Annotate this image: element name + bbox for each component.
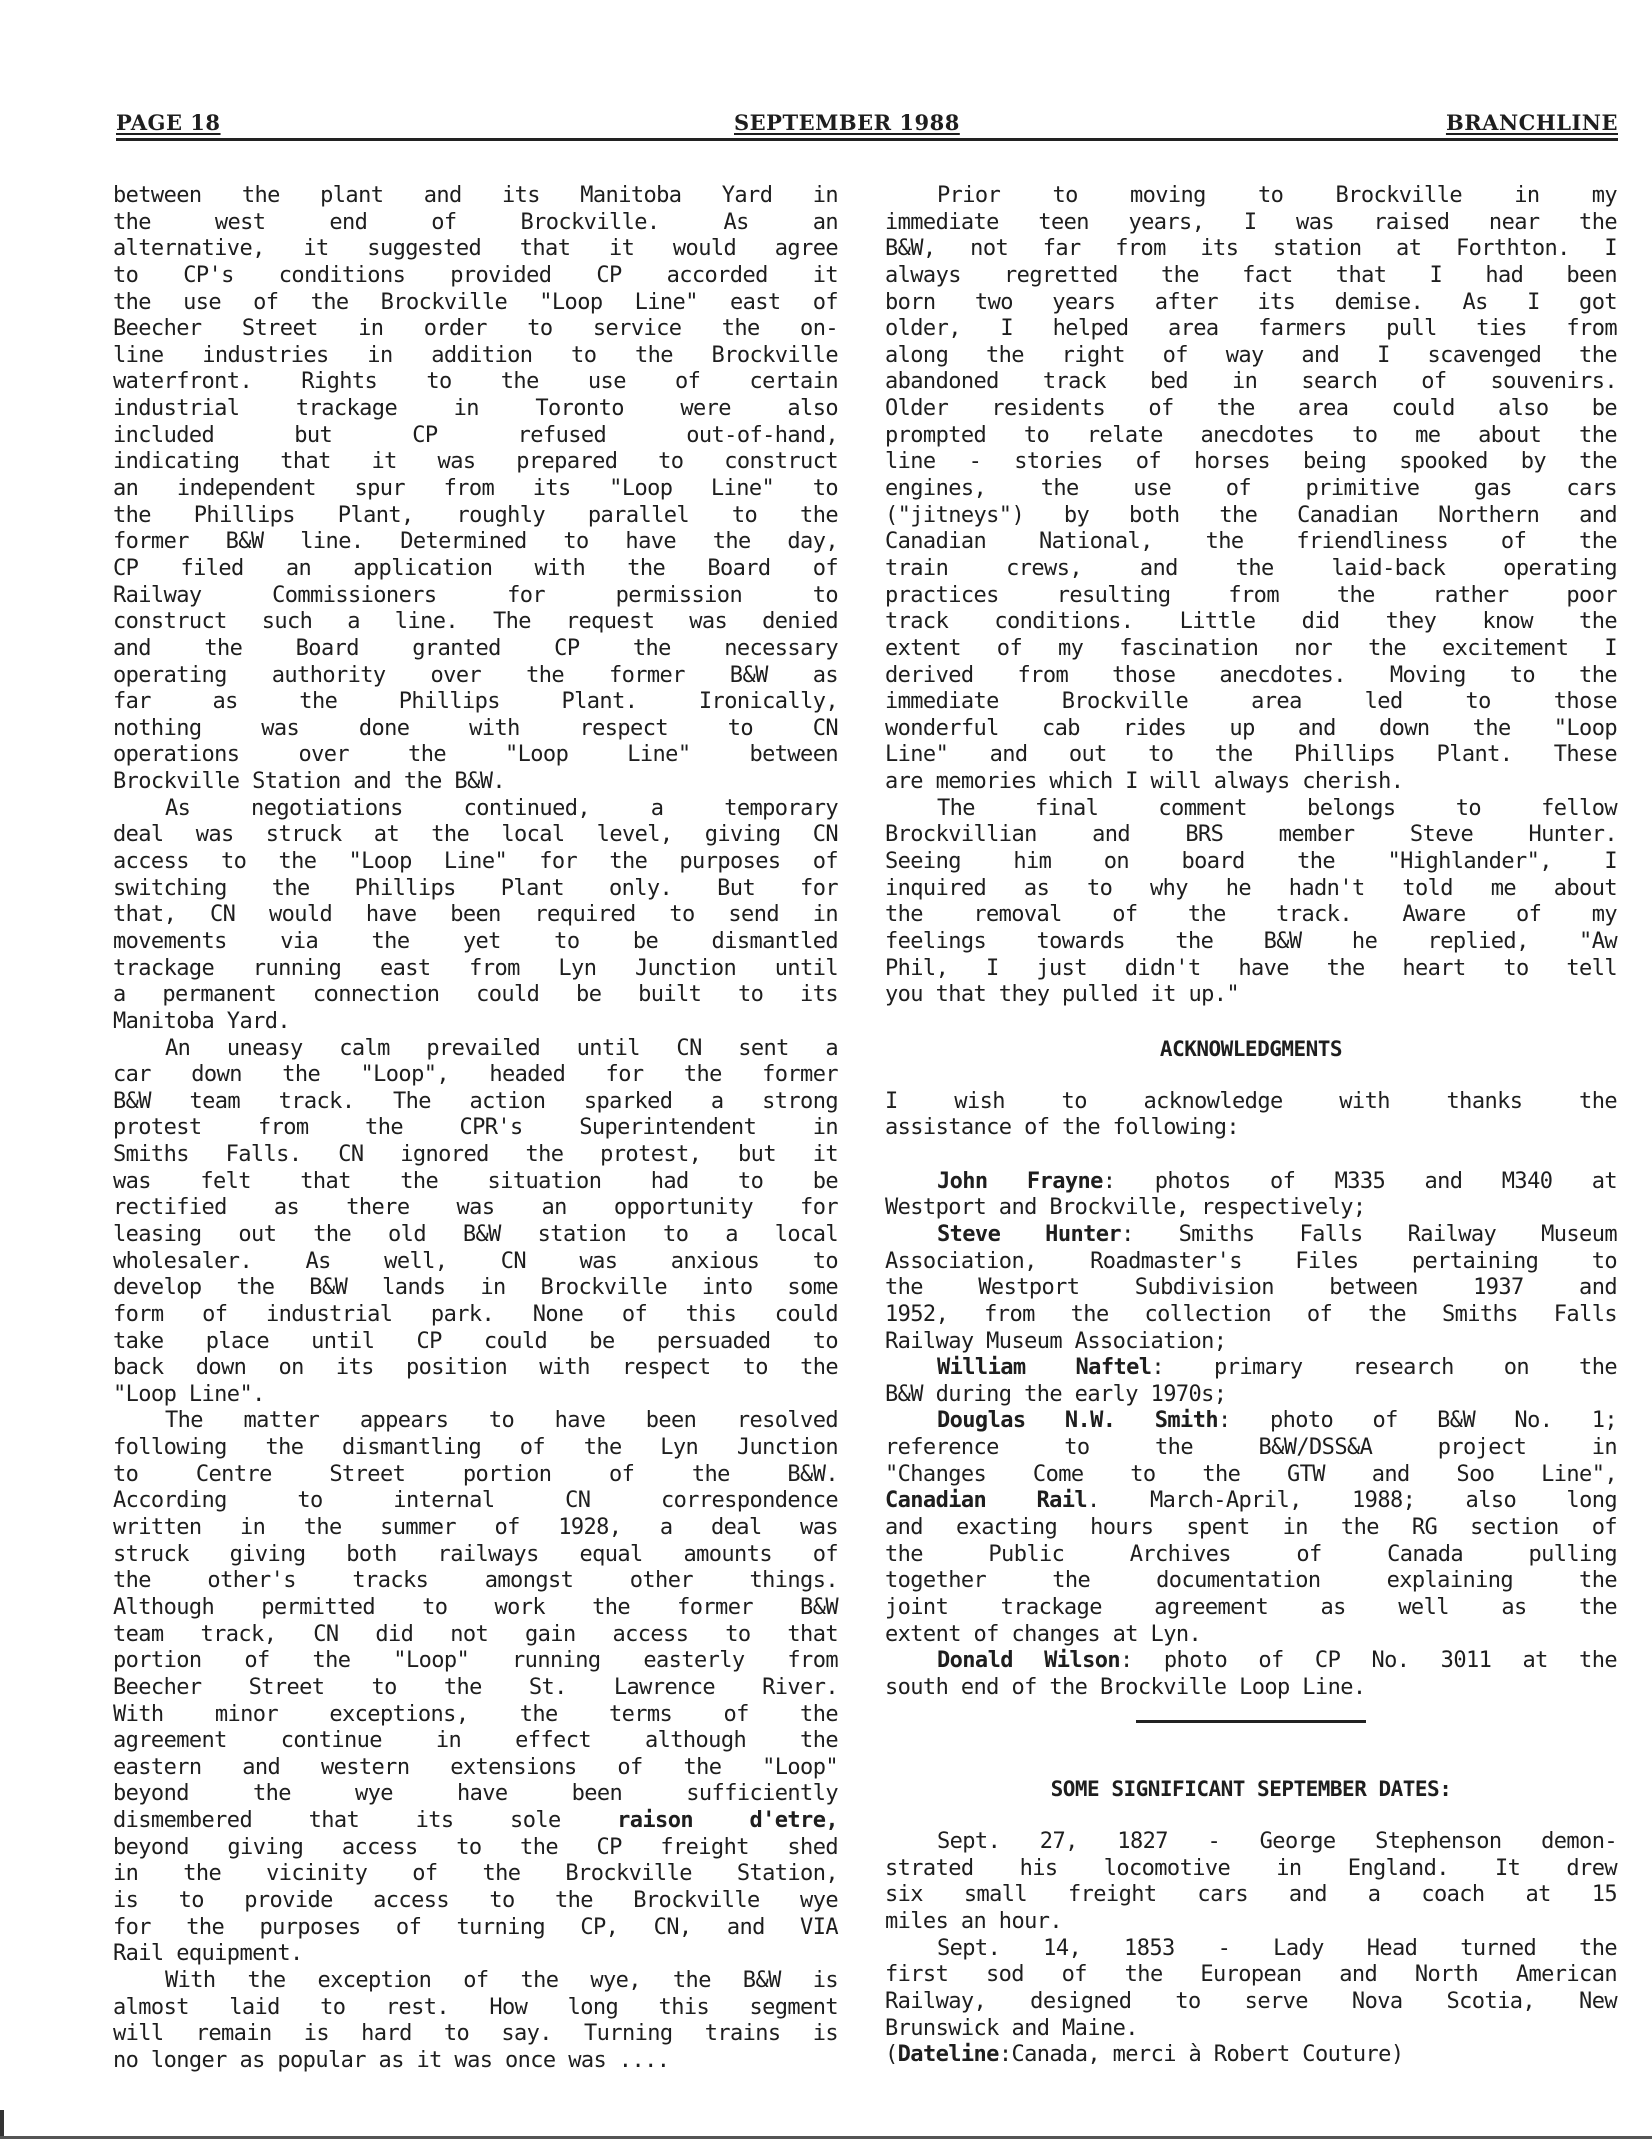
text-line: switching the Phillips Plant only. But f… [113, 876, 838, 903]
text-line: the use of the Brockville "Loop Line" ea… [113, 290, 838, 317]
ack-entry-douglas-smith: Douglas N.W. Smith: photo of B&W No. 1; [885, 1408, 1617, 1435]
text-line: the Public Archives of Canada pulling [885, 1542, 1617, 1569]
text-line: construct such a line. The request was d… [113, 609, 838, 636]
ack-name: Steve Hunter [937, 1222, 1121, 1247]
text-line: With minor exceptions, the terms of the [113, 1702, 838, 1729]
text-line: the west end of Brockville. As an [113, 210, 838, 237]
text-line: According to internal CN correspondence [113, 1488, 838, 1515]
text-line: six small freight cars and a coach at 15 [885, 1882, 1617, 1909]
text-line: alternative, it suggested that it would … [113, 236, 838, 263]
text-line: access to the "Loop Line" for the purpos… [113, 849, 838, 876]
text-line: that, CN would have been required to sen… [113, 902, 838, 929]
ack-name: William Naftel [937, 1355, 1151, 1380]
spacer [885, 1723, 1617, 1750]
text-line: Westport and Brockville, respectively; [885, 1195, 1617, 1222]
text-line: immediate teen years, I was raised near … [885, 210, 1617, 237]
ack-text: : photo of CP No. 3011 at the [1120, 1648, 1617, 1673]
text-line: older, I helped area farmers pull ties f… [885, 316, 1617, 343]
text-line: Railway Commissioners for permission to [113, 583, 838, 610]
ack-text: : primary research on the [1151, 1355, 1617, 1380]
text-line: Seeing him on board the "Highlander", I [885, 849, 1617, 876]
paragraph-start: The final comment belongs to fellow [885, 796, 1617, 823]
text-line: Rail equipment. [113, 1941, 838, 1968]
text-line: strated his locomotive in England. It dr… [885, 1856, 1617, 1883]
text-line: extent of changes at Lyn. [885, 1622, 1617, 1649]
text-line: I wish to acknowledge with thanks the [885, 1089, 1617, 1116]
credit-open-paren: ( [885, 2042, 898, 2067]
text-line: indicating that it was prepared to const… [113, 449, 838, 476]
text-line: engines, the use of primitive gas cars [885, 476, 1617, 503]
ack-name: Donald Wilson [937, 1648, 1120, 1673]
text-line: leasing out the old B&W station to a loc… [113, 1222, 838, 1249]
text-line: form of industrial park. None of this co… [113, 1302, 838, 1329]
paragraph-start: Prior to moving to Brockville in my [885, 183, 1617, 210]
text-line: to Centre Street portion of the B&W. [113, 1462, 838, 1489]
text-line: team track, CN did not gain access to th… [113, 1622, 838, 1649]
text-line: Brockville Station and the B&W. [113, 769, 838, 796]
text-line: is to provide access to the Brockville w… [113, 1888, 838, 1915]
text-line-with-publication: Canadian Rail. March-April, 1988; also l… [885, 1488, 1617, 1515]
text-line: prompted to relate anecdotes to me about… [885, 423, 1617, 450]
text-line: B&W during the early 1970s; [885, 1382, 1617, 1409]
ack-entry-donald-wilson: Donald Wilson: photo of CP No. 3011 at t… [885, 1648, 1617, 1675]
text-line: Manitoba Yard. [113, 1009, 838, 1036]
text-line: 1952, from the collection of the Smiths … [885, 1302, 1617, 1329]
acknowledgments-heading: ACKNOWLEDGMENTS [885, 1036, 1617, 1063]
text-line: take place until CP could be persuaded t… [113, 1329, 838, 1356]
text-line: born two years after its demise. As I go… [885, 290, 1617, 317]
text-line: no longer as popular as it was once was … [113, 2048, 838, 2075]
publication-title: Canadian Rail [885, 1488, 1087, 1513]
left-column: between the plant and its Manitoba Yard … [113, 183, 838, 2074]
ack-entry-william-naftel: William Naftel: primary research on the [885, 1355, 1617, 1382]
paragraph-start: An uneasy calm prevailed until CN sent a [113, 1036, 838, 1063]
text-line: wonderful cab rides up and down the "Loo… [885, 716, 1617, 743]
text-line: Although permitted to work the former B&… [113, 1595, 838, 1622]
ack-name: John Frayne [937, 1169, 1103, 1194]
text-fragment: dismembered that its sole [113, 1808, 617, 1833]
text-line: develop the B&W lands in Brockville into… [113, 1275, 838, 1302]
september-dates-heading: SOME SIGNIFICANT SEPTEMBER DATES: [885, 1776, 1617, 1803]
text-line: back down on its position with respect t… [113, 1355, 838, 1382]
text-line: first sod of the European and North Amer… [885, 1962, 1617, 1989]
ack-entry-john-frayne: John Frayne: photos of M335 and M340 at [885, 1169, 1617, 1196]
text-line: in the vicinity of the Brockville Statio… [113, 1861, 838, 1888]
text-line: "Changes Come to the GTW and Soo Line", [885, 1462, 1617, 1489]
text-line: feelings towards the B&W he replied, "Aw [885, 929, 1617, 956]
text-line: ("jitneys") by both the Canadian Norther… [885, 503, 1617, 530]
text-line: Phil, I just didn't have the heart to te… [885, 956, 1617, 983]
text-line: the removal of the track. Aware of my [885, 902, 1617, 929]
text-line: "Loop Line". [113, 1382, 838, 1409]
text-line: you that they pulled it up." [885, 982, 1617, 1009]
text-line: agreement continue in effect although th… [113, 1728, 838, 1755]
text-line: south end of the Brockville Loop Line. [885, 1675, 1617, 1702]
text-line: line - stories of horses being spooked b… [885, 449, 1617, 476]
text-line: eastern and western extensions of the "L… [113, 1755, 838, 1782]
text-line: struck giving both railways equal amount… [113, 1542, 838, 1569]
ack-text: : photos of M335 and M340 at [1103, 1169, 1617, 1194]
text-line: the Phillips Plant, roughly parallel to … [113, 503, 838, 530]
text-line: Railway, designed to serve Nova Scotia, … [885, 1989, 1617, 2016]
text-line: industrial trackage in Toronto were also [113, 396, 838, 423]
text-line: and the Board granted CP the necessary [113, 636, 838, 663]
text-line: line industries in addition to the Brock… [113, 343, 838, 370]
source-credit: (Dateline:Canada, merci à Robert Couture… [885, 2042, 1617, 2069]
text-line: train crews, and the laid-back operating [885, 556, 1617, 583]
text-line: Beecher Street to the St. Lawrence River… [113, 1675, 838, 1702]
text-line: Association, Roadmaster's Files pertaini… [885, 1249, 1617, 1276]
text-line: operations over the "Loop Line" between [113, 742, 838, 769]
text-line: movements via the yet to be dismantled [113, 929, 838, 956]
credit-text: :Canada, merci à Robert Couture) [999, 2042, 1404, 2067]
scan-edge-mark [0, 2110, 4, 2138]
text-line: immediate Brockville area led to those [885, 689, 1617, 716]
text-line: B&W team track. The action sparked a str… [113, 1089, 838, 1116]
text-line: Older residents of the area could also b… [885, 396, 1617, 423]
text-line: between the plant and its Manitoba Yard … [113, 183, 838, 210]
text-line: miles an hour. [885, 1909, 1617, 1936]
text-line: waterfront. Rights to the use of certain [113, 369, 838, 396]
text-line: wholesaler. As well, CN was anxious to [113, 1249, 838, 1276]
text-line: former B&W line. Determined to have the … [113, 529, 838, 556]
text-line: was felt that the situation had to be [113, 1169, 838, 1196]
text-line: are memories which I will always cherish… [885, 769, 1617, 796]
page-header: PAGE 18 SEPTEMBER 1988 BRANCHLINE [116, 108, 1618, 141]
text-line: portion of the "Loop" running easterly f… [113, 1648, 838, 1675]
right-column: Prior to moving to Brockville in my imme… [885, 183, 1617, 2069]
text-line: Brunswick and Maine. [885, 2016, 1617, 2043]
ack-name: Douglas N.W. Smith [937, 1408, 1218, 1433]
text-line: inquired as to why he hadn't told me abo… [885, 876, 1617, 903]
text-line: trackage running east from Lyn Junction … [113, 956, 838, 983]
text-line: Beecher Street in order to service the o… [113, 316, 838, 343]
text-line: abandoned track bed in search of souveni… [885, 369, 1617, 396]
text-line: nothing was done with respect to CN [113, 716, 838, 743]
text-line: beyond the wye have been sufficiently [113, 1781, 838, 1808]
text-line: for the purposes of turning CP, CN, and … [113, 1915, 838, 1942]
spacer [885, 1062, 1617, 1089]
text-line: B&W, not far from its station at Forthto… [885, 236, 1617, 263]
text-line: the Westport Subdivision between 1937 an… [885, 1275, 1617, 1302]
paragraph-start: As negotiations continued, a temporary [113, 796, 838, 823]
ack-entry-steve-hunter: Steve Hunter: Smiths Falls Railway Museu… [885, 1222, 1617, 1249]
text-line: Brockvillian and BRS member Steve Hunter… [885, 822, 1617, 849]
text-line: always regretted the fact that I had bee… [885, 263, 1617, 290]
text-line: following the dismantling of the Lyn Jun… [113, 1435, 838, 1462]
text-line: far as the Phillips Plant. Ironically, [113, 689, 838, 716]
text-line: and exacting hours spent in the RG secti… [885, 1515, 1617, 1542]
ack-text: : photo of B&W No. 1; [1218, 1408, 1617, 1433]
credit-source-name: Dateline [898, 2042, 999, 2067]
text-line: a permanent connection could be built to… [113, 982, 838, 1009]
text-line: practices resulting from the rather poor [885, 583, 1617, 610]
text-line: along the right of way and I scavenged t… [885, 343, 1617, 370]
text-line: CP filed an application with the Board o… [113, 556, 838, 583]
text-line: Canadian National, the friendliness of t… [885, 529, 1617, 556]
text-line: the other's tracks amongst other things. [113, 1568, 838, 1595]
text-line: Line" and out to the Phillips Plant. The… [885, 742, 1617, 769]
text-line: operating authority over the former B&W … [113, 663, 838, 690]
spacer [885, 1749, 1617, 1776]
paragraph-start: With the exception of the wye, the B&W i… [113, 1968, 838, 1995]
text-line: together the documentation explaining th… [885, 1568, 1617, 1595]
text-line: Smiths Falls. CN ignored the protest, bu… [113, 1142, 838, 1169]
ack-text: : Smiths Falls Railway Museum [1121, 1222, 1617, 1247]
text-line: to CP's conditions provided CP accorded … [113, 263, 838, 290]
text-line: written in the summer of 1928, a deal wa… [113, 1515, 838, 1542]
text-line: deal was struck at the local level, givi… [113, 822, 838, 849]
text-line: protest from the CPR's Superintendent in [113, 1115, 838, 1142]
text-line: joint trackage agreement as well as the [885, 1595, 1617, 1622]
spacer [885, 1142, 1617, 1169]
text-line: derived from those anecdotes. Moving to … [885, 663, 1617, 690]
text-line: beyond giving access to the CP freight s… [113, 1835, 838, 1862]
text-line-with-emphasis: dismembered that its sole raison d'etre, [113, 1808, 838, 1835]
text-line: an independent spur from its "Loop Line"… [113, 476, 838, 503]
text-line: almost laid to rest. How long this segme… [113, 1995, 838, 2022]
ack-text: . March-April, 1988; also long [1087, 1488, 1617, 1513]
text-line: Railway Museum Association; [885, 1329, 1617, 1356]
text-line: rectified as there was an opportunity fo… [113, 1195, 838, 1222]
publication-name: BRANCHLINE [1446, 110, 1618, 135]
text-line: reference to the B&W/DSS&A project in [885, 1435, 1617, 1462]
text-line: extent of my fascination nor the excitem… [885, 636, 1617, 663]
text-line: assistance of the following: [885, 1115, 1617, 1142]
text-line: car down the "Loop", headed for the form… [113, 1062, 838, 1089]
spacer [885, 1802, 1617, 1829]
emphasis-raison-detre: raison d'etre, [617, 1808, 838, 1833]
text-line: track conditions. Little did they know t… [885, 609, 1617, 636]
paragraph-start: The matter appears to have been resolved [113, 1408, 838, 1435]
text-line: included but CP refused out-of-hand, [113, 423, 838, 450]
text-line: will remain is hard to say. Turning trai… [113, 2021, 838, 2048]
paragraph-start: Sept. 27, 1827 - George Stephenson demon… [885, 1829, 1617, 1856]
issue-date: SEPTEMBER 1988 [734, 110, 960, 135]
paragraph-start: Sept. 14, 1853 - Lady Head turned the [885, 1936, 1617, 1963]
spacer [885, 1009, 1617, 1036]
page-number: PAGE 18 [116, 110, 221, 135]
